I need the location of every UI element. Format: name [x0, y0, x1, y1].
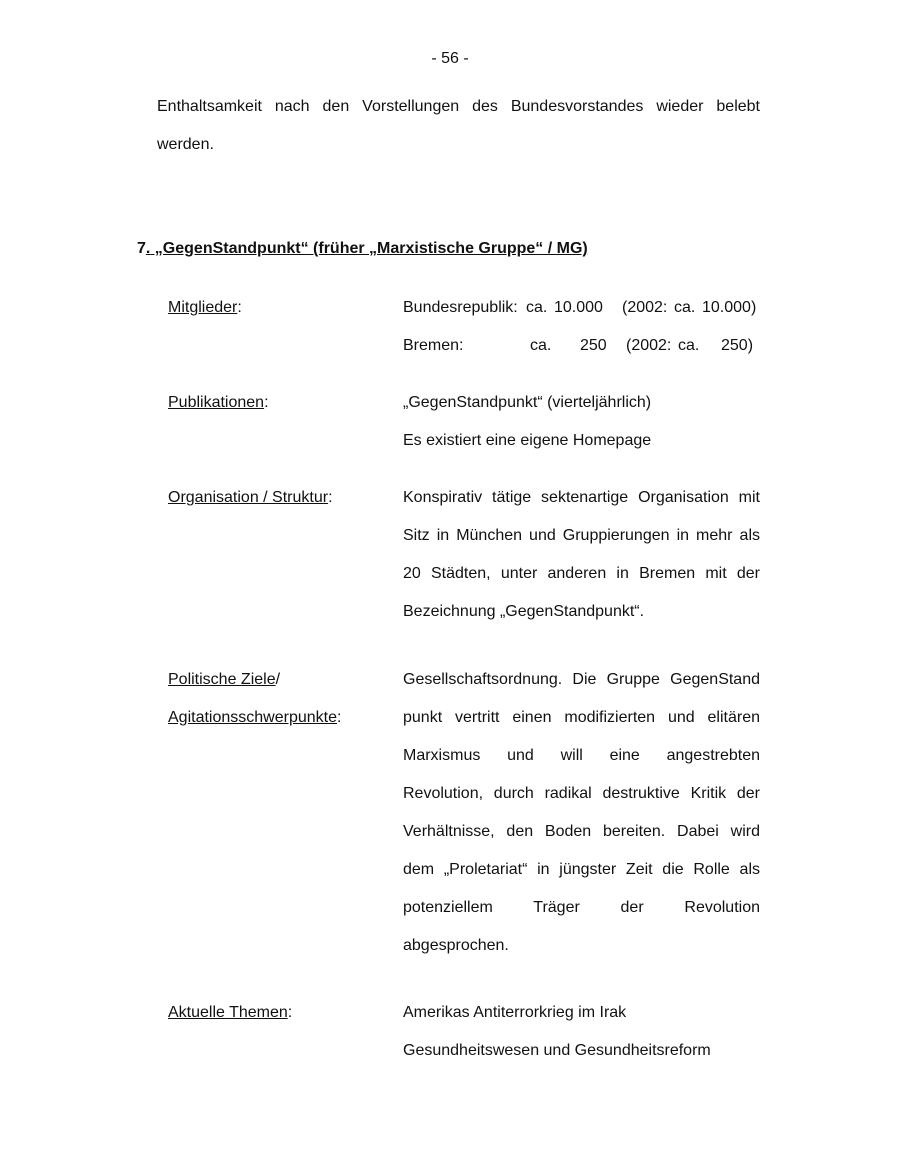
- members-row-federal-prev-ca: ca.: [674, 298, 695, 318]
- label-colon: :: [264, 394, 268, 411]
- members-row-federal-count: 10.000: [554, 298, 603, 318]
- page-number: - 56 -: [0, 50, 900, 68]
- label-agitationsschwerpunkte: Agitationsschwerpunkte:: [168, 708, 341, 728]
- topic-line: Gesundheitswesen und Gesundheitsreform: [403, 1041, 711, 1061]
- members-row-bremen-count: 250: [580, 336, 607, 356]
- members-row-bremen-region: Bremen:: [403, 336, 463, 356]
- label-colon: :: [337, 709, 341, 726]
- organisation-line: 20 Städten, unter anderen in Bremen mit …: [403, 564, 760, 584]
- goals-line: Gesellschaftsordnung. Die Gruppe GegenSt…: [403, 670, 760, 690]
- members-row-federal-ca: ca.: [526, 298, 547, 318]
- members-row-bremen-prev-count: 250): [721, 336, 753, 356]
- label-politische-ziele: Politische Ziele/: [168, 670, 280, 690]
- section-number: 7: [137, 240, 146, 257]
- organisation-line: Bezeichnung „GegenStandpunkt“.: [403, 602, 644, 622]
- label-publikationen: Publikationen:: [168, 393, 269, 413]
- section-title: „GegenStandpunkt“ (früher „Marxistische …: [150, 240, 587, 257]
- topic-line: Amerikas Antiterrorkrieg im Irak: [403, 1003, 626, 1023]
- label-mitglieder-text: Mitglieder: [168, 299, 237, 316]
- label-colon: :: [288, 1004, 292, 1021]
- label-politische-ziele-text: Politische Ziele: [168, 671, 276, 688]
- members-row-bremen-ca: ca.: [530, 336, 551, 356]
- goals-line: Revolution, durch radikal destruktive Kr…: [403, 784, 760, 804]
- members-row-bremen-prev-year: (2002:: [626, 336, 671, 356]
- label-aktuelle-themen: Aktuelle Themen:: [168, 1003, 292, 1023]
- label-organisation: Organisation / Struktur:: [168, 488, 333, 508]
- goals-line: Verhältnisse, den Boden bereiten. Dabei …: [403, 822, 760, 842]
- organisation-line: Konspirativ tätige sektenartige Organisa…: [403, 488, 760, 508]
- goals-line: abgesprochen.: [403, 936, 509, 956]
- organisation-line: Sitz in München und Gruppierungen in meh…: [403, 526, 760, 546]
- intro-line-1: Enthaltsamkeit nach den Vorstellungen de…: [157, 97, 760, 117]
- members-row-federal-prev-count: 10.000): [702, 298, 756, 318]
- publication-line: Es existiert eine eigene Homepage: [403, 431, 651, 451]
- goals-line: Marxismus und will eine angestrebten: [403, 746, 760, 766]
- label-organisation-text: Organisation / Struktur: [168, 489, 328, 506]
- intro-line-2: werden.: [157, 135, 760, 155]
- label-mitglieder: Mitglieder:: [168, 298, 242, 318]
- goals-line: dem „Proletariat“ in jüngster Zeit die R…: [403, 860, 760, 880]
- goals-line: potenziellem Träger der Revolution: [403, 898, 760, 918]
- section-heading: 7. „GegenStandpunkt“ (früher „Marxistisc…: [137, 240, 588, 258]
- label-aktuelle-themen-text: Aktuelle Themen: [168, 1004, 288, 1021]
- label-slash: /: [276, 671, 280, 688]
- publication-line: „GegenStandpunkt“ (vierteljährlich): [403, 393, 651, 413]
- members-row-bremen-prev-ca: ca.: [678, 336, 699, 356]
- goals-line: punkt vertritt einen modifizierten und e…: [403, 708, 760, 728]
- members-row-federal-region: Bundesrepublik:: [403, 298, 518, 318]
- label-colon: :: [328, 489, 332, 506]
- label-colon: :: [237, 299, 241, 316]
- label-agitationsschwerpunkte-text: Agitationsschwerpunkte: [168, 709, 337, 726]
- members-row-federal-prev-year: (2002:: [622, 298, 667, 318]
- label-publikationen-text: Publikationen: [168, 394, 264, 411]
